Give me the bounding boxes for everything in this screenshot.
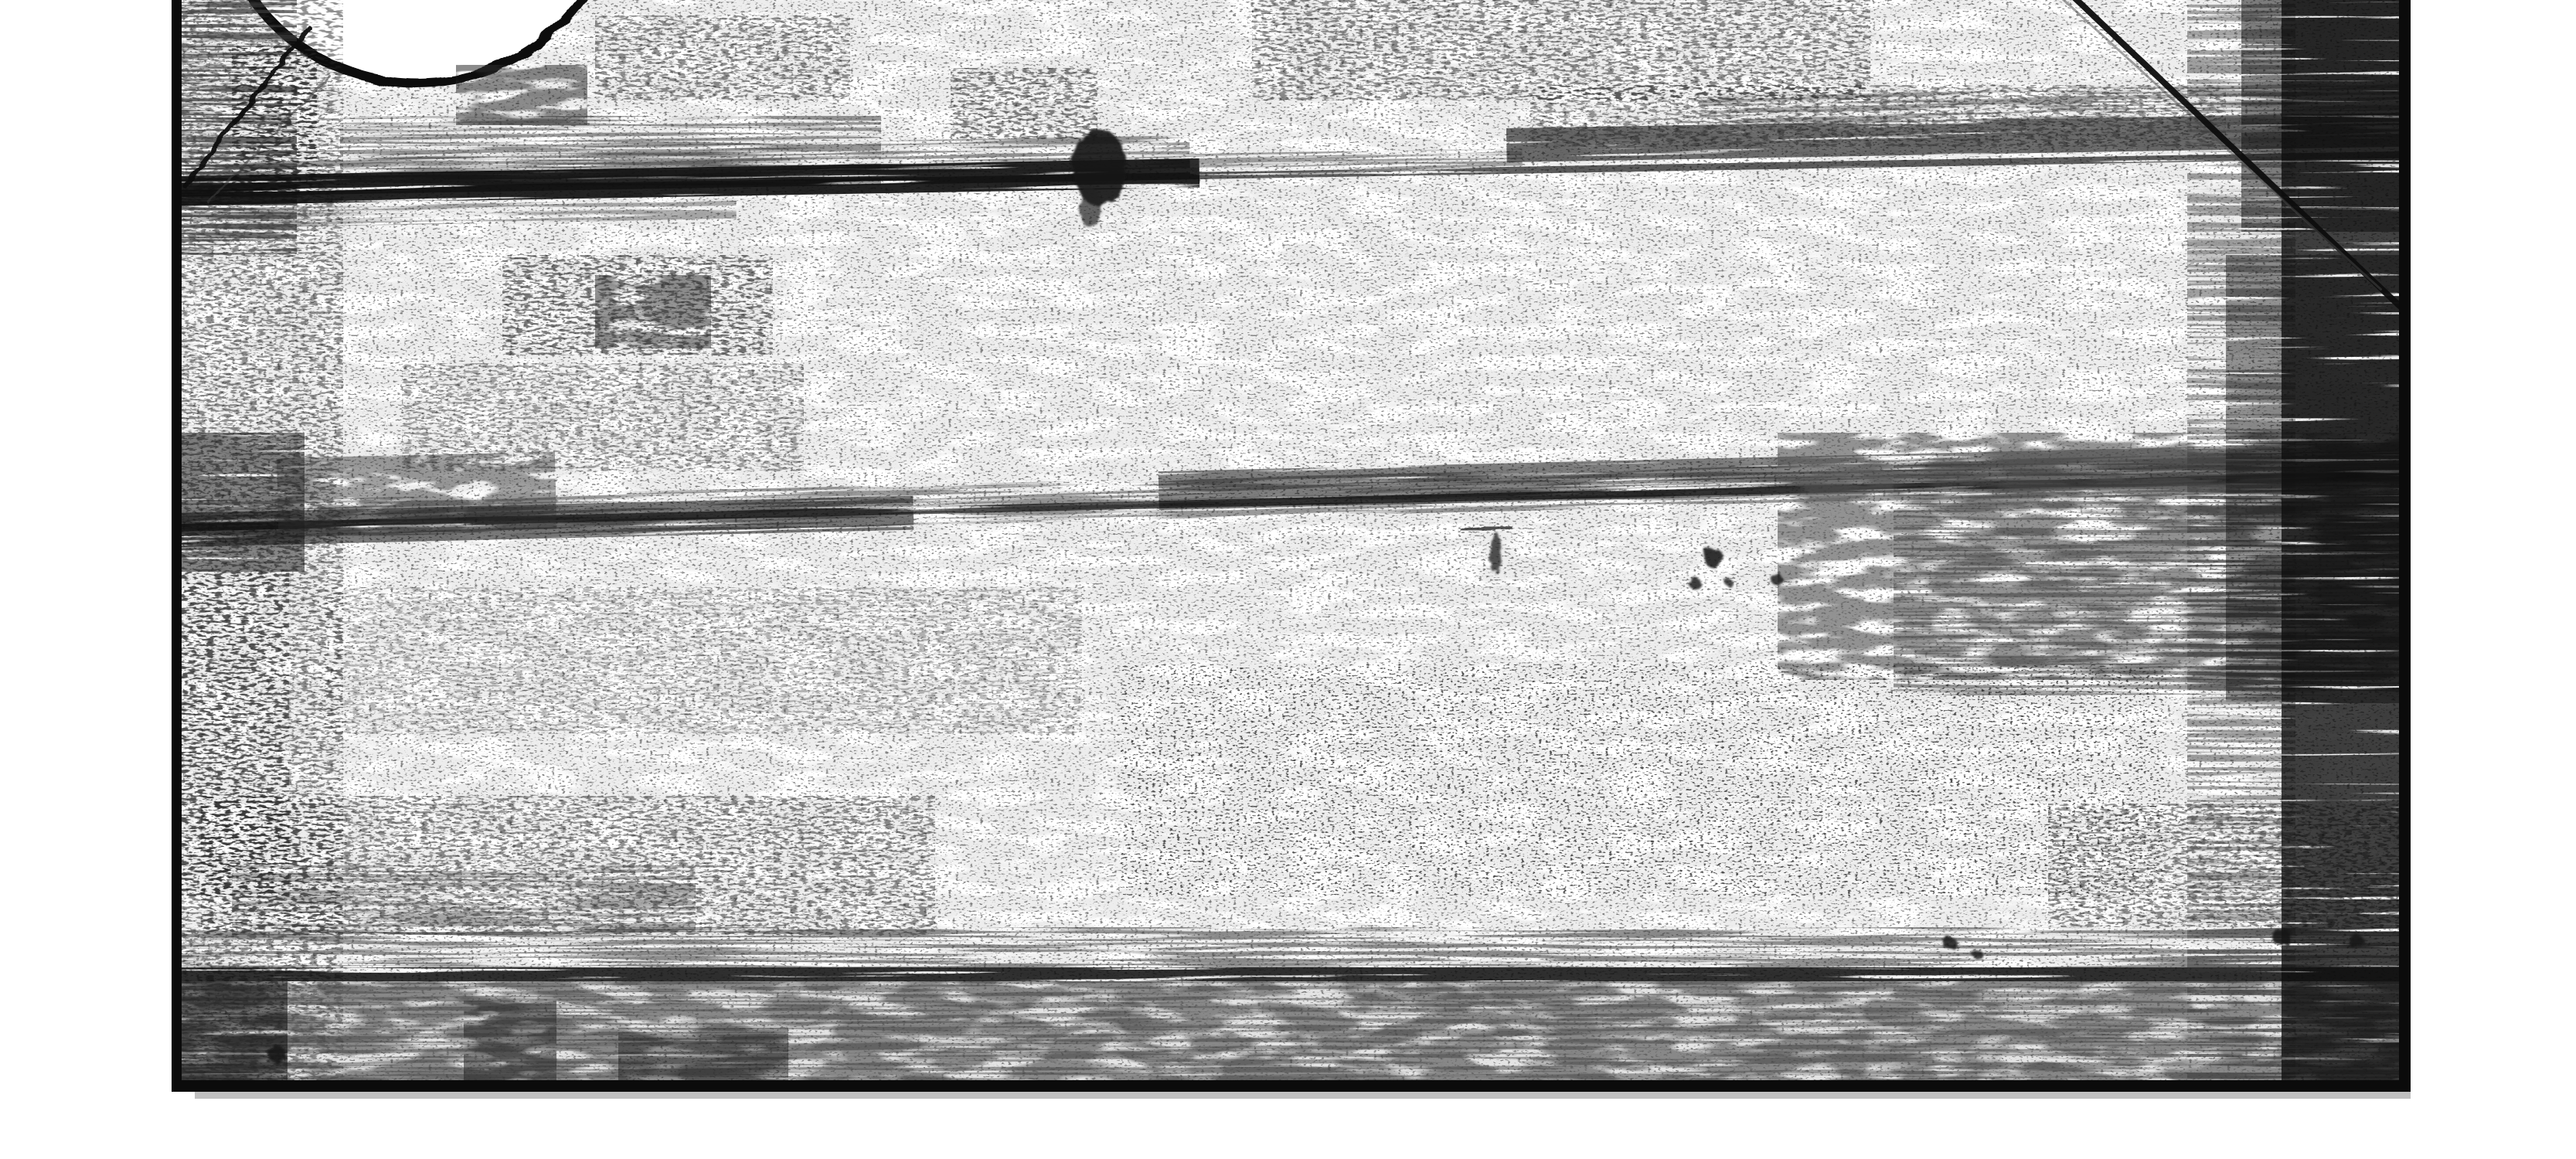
pebble-seam3-a [1941, 935, 1955, 947]
bottom-plank-smudge-b [618, 1028, 788, 1080]
scratch-seven-bar [1461, 527, 1509, 530]
circle-right-speckles [595, 15, 850, 100]
leftbottom-streaks [232, 865, 696, 935]
pebble-seam3-c [2270, 926, 2290, 943]
pebble-mid-3 [1724, 577, 1731, 585]
squiggle-above-knot [951, 68, 1097, 139]
bottom-plank-smudge-a [464, 1001, 556, 1080]
panel-border-left [172, 0, 182, 1092]
seam3-gray-top [179, 927, 2401, 967]
bottom-plank-dark-left [179, 981, 288, 1080]
pebble-mid-4 [1768, 572, 1781, 583]
scratch-seven-leg [1488, 529, 1499, 571]
manga-panel-page [0, 0, 2576, 1159]
pebble-mid-2 [1686, 576, 1699, 586]
center-smudge-blob [595, 275, 711, 348]
knot-plank1 [1071, 127, 1124, 204]
knot-bottom-left [266, 1044, 284, 1061]
wooden-plank-panel-illustration [0, 0, 2576, 1159]
right-hatch-mid-extra [2226, 255, 2401, 703]
seam2-left-cluster [277, 452, 556, 535]
mid-low-sparse [1121, 664, 2164, 896]
panel-shadow-bottom [195, 1092, 2411, 1099]
pebble-seam3-d [2346, 933, 2362, 947]
pebble-mid-ring [1702, 547, 1722, 566]
knot-plank1-tail [1077, 185, 1099, 226]
right-hatch-top-extra [2241, 0, 2401, 232]
panel-border-bottom [172, 1080, 2411, 1092]
panel-border-right [2399, 0, 2411, 1092]
below-seam2-scatter [325, 587, 1082, 734]
pebble-seam3-b [1971, 947, 1980, 957]
pre-seam1-texture [1530, 85, 2226, 147]
under-circle-smudge [456, 65, 587, 125]
seam3-line [179, 967, 2401, 981]
